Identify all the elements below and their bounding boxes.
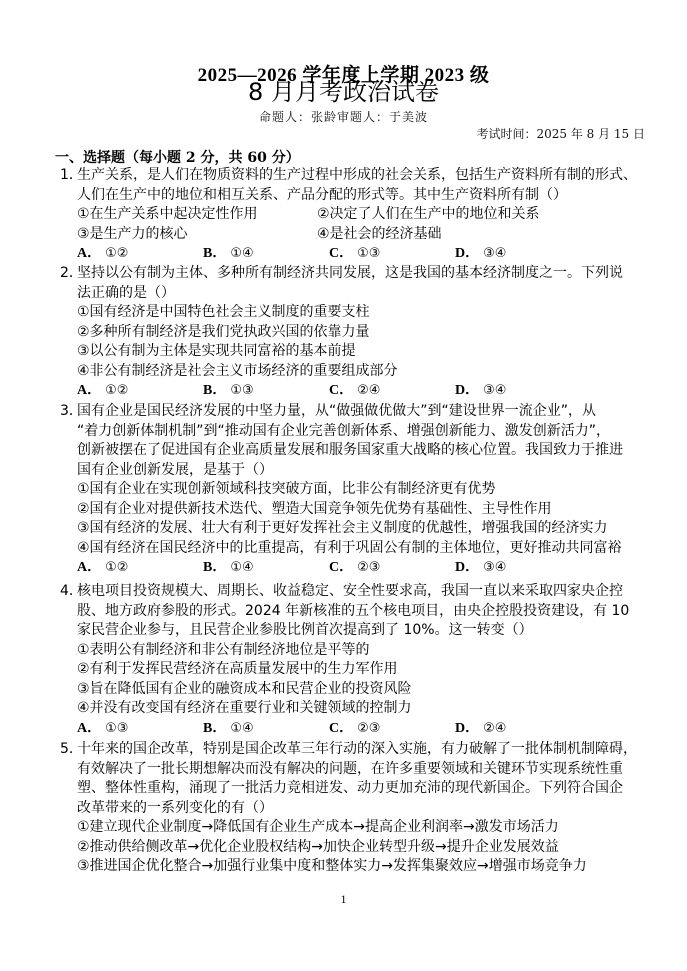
question-number: 3． bbox=[60, 402, 83, 422]
statement: ③旨在降低国有企业的融资成本和民营企业的投资风险 bbox=[60, 680, 660, 700]
stem-line: 塑、整体性重构，涌现了一批活力竞相迸发、动力更加充沛的现代新国企。下列符合国企 bbox=[77, 779, 660, 799]
choice-d[interactable]: D．③④ bbox=[455, 381, 581, 401]
statement: ③是生产力的核心 bbox=[77, 225, 317, 245]
page-number: 1 bbox=[0, 892, 687, 907]
statement: ②国有企业对提供新技术迭代、塑造大国竞争领先优势有基础性、主导性作用 bbox=[60, 500, 660, 520]
stem-line: 人们在生产中的地位和相互关系、产品分配的形式等。其中生产资料所有制（） bbox=[77, 186, 660, 206]
question-2: 2． 坚持以公有制为主体、多种所有制经济共同发展，这是我国的基本经济制度之一。下… bbox=[60, 264, 660, 401]
choice-b[interactable]: B．①④ bbox=[203, 719, 329, 739]
stem-line: 国有企业创新发展，是基于（） bbox=[77, 461, 660, 481]
choice-a[interactable]: A．①② bbox=[77, 558, 203, 578]
statement: ①建立现代企业制度→降低国有企业生产成本→提高企业利润率→激发市场活力 bbox=[60, 818, 660, 838]
stem-line: 法正确的是（） bbox=[77, 284, 660, 304]
statement: ④并没有改变国有经济在重要行业和关键领域的控制力 bbox=[60, 699, 660, 719]
statement-row: ①在生产关系中起决定性作用 ②决定了人们在生产中的地位和关系 bbox=[60, 205, 660, 225]
statement: ④非公有制经济是社会主义市场经济的重要组成部分 bbox=[60, 362, 660, 382]
section-title: 一、选择题（每小题 2 分，共 60 分） bbox=[55, 147, 300, 167]
choice-b[interactable]: B．①③ bbox=[203, 381, 329, 401]
answer-choices: A．①② B．①③ C．②④ D．③④ bbox=[60, 381, 660, 401]
statement: ②推动供给侧改革→优化企业股权结构→加快企业转型升级→提升企业发展效益 bbox=[60, 838, 660, 858]
question-stem: 3． 国有企业是国民经济发展的中坚力量，从“做强做优做大”到“建设世界一流企业”… bbox=[60, 402, 660, 480]
statement: ②多种所有制经济是我们党执政兴国的依靠力量 bbox=[60, 323, 660, 343]
statement: ④是社会的经济基础 bbox=[317, 225, 442, 245]
choice-a[interactable]: A．①③ bbox=[77, 719, 203, 739]
choice-c[interactable]: C．②④ bbox=[329, 381, 455, 401]
stem-line: 家民营企业参与，且民营企业参股比例首次提高到了 10%。这一转变（） bbox=[77, 621, 660, 641]
answer-choices: A．①③ B．①④ C．②③ D．②④ bbox=[60, 719, 660, 739]
statement: ④国有经济在国民经济中的比重提高，有利于巩固公有制的主体地位，更好推动共同富裕 bbox=[60, 539, 660, 559]
answer-choices: A．①② B．①④ C．②③ D．③④ bbox=[60, 558, 660, 578]
statement: ③国有经济的发展、壮大有利于更好发挥社会主义制度的优越性，增强我国的经济实力 bbox=[60, 519, 660, 539]
statement: ①国有企业在实现创新领域科技突破方面，比非公有制经济更有优势 bbox=[60, 480, 660, 500]
stem-line: 核电项目投资规模大、周期长、收益稳定、安全性要求高，我国一直以来采取四家央企控 bbox=[77, 582, 660, 602]
choice-a[interactable]: A．①② bbox=[77, 244, 203, 264]
stem-line: 改革带来的一系列变化的有（） bbox=[77, 799, 660, 819]
question-3: 3． 国有企业是国民经济发展的中坚力量，从“做强做优做大”到“建设世界一流企业”… bbox=[60, 402, 660, 578]
statement: ①表明公有制经济和非公有制经济地位是平等的 bbox=[60, 641, 660, 661]
exam-title-line2: 8 月月考政治试卷 bbox=[0, 78, 687, 106]
choice-a[interactable]: A．①② bbox=[77, 381, 203, 401]
statement: ②决定了人们在生产中的地位和关系 bbox=[317, 205, 540, 225]
question-1: 1． 生产关系，是人们在物质资料的生产过程中形成的社会关系，包括生产资料所有制的… bbox=[60, 166, 660, 264]
choice-d[interactable]: D．②④ bbox=[455, 719, 581, 739]
statement: ②有利于发挥民营经济在高质量发展中的生力军作用 bbox=[60, 660, 660, 680]
stem-line: 有效解决了一批长期想解决而没有解决的问题，在许多重要领域和关键环节实现系统性重 bbox=[77, 760, 660, 780]
stem-line: 坚持以公有制为主体、多种所有制经济共同发展，这是我国的基本经济制度之一。下列说 bbox=[77, 264, 660, 284]
question-number: 5． bbox=[60, 740, 83, 760]
choice-b[interactable]: B．①④ bbox=[203, 558, 329, 578]
question-stem: 2． 坚持以公有制为主体、多种所有制经济共同发展，这是我国的基本经济制度之一。下… bbox=[60, 264, 660, 303]
statement: ③以公有制为主体是实现共同富裕的基本前提 bbox=[60, 342, 660, 362]
stem-line: 股、地方政府参股的形式。2024 年新核准的五个核电项目，由央企控股投资建设，有… bbox=[77, 602, 660, 622]
answer-choices: A．①② B．①④ C．①③ D．③④ bbox=[60, 244, 660, 264]
choice-b[interactable]: B．①④ bbox=[203, 244, 329, 264]
question-stem: 1． 生产关系，是人们在物质资料的生产过程中形成的社会关系，包括生产资料所有制的… bbox=[60, 166, 660, 205]
choice-c[interactable]: C．①③ bbox=[329, 244, 455, 264]
choice-d[interactable]: D．③④ bbox=[455, 558, 581, 578]
choice-d[interactable]: D．③④ bbox=[455, 244, 581, 264]
stem-line: 国有企业是国民经济发展的中坚力量，从“做强做优做大”到“建设世界一流企业”，从 bbox=[77, 402, 660, 422]
question-4: 4． 核电项目投资规模大、周期长、收益稳定、安全性要求高，我国一直以来采取四家央… bbox=[60, 582, 660, 738]
statement: ③推进国企优化整合→加强行业集中度和整体实力→发挥集聚效应→增强市场竞争力 bbox=[60, 857, 660, 877]
choice-c[interactable]: C．②③ bbox=[329, 558, 455, 578]
question-number: 4． bbox=[60, 582, 83, 602]
choice-c[interactable]: C．②③ bbox=[329, 719, 455, 739]
question-stem: 5． 十年来的国企改革，特别是国企改革三年行动的深入实施，有力破解了一批体制机制… bbox=[60, 740, 660, 818]
stem-line: 十年来的国企改革，特别是国企改革三年行动的深入实施，有力破解了一批体制机制障碍， bbox=[77, 740, 660, 760]
stem-line: 生产关系，是人们在物质资料的生产过程中形成的社会关系，包括生产资料所有制的形式、 bbox=[77, 166, 660, 186]
question-5: 5． 十年来的国企改革，特别是国企改革三年行动的深入实施，有力破解了一批体制机制… bbox=[60, 740, 660, 877]
statement: ①国有经济是中国特色社会主义制度的重要支柱 bbox=[60, 303, 660, 323]
exam-authors: 命题人：张龄审题人：于美波 bbox=[0, 108, 687, 125]
stem-line: “着力创新体制机制”到“推动国有企业完善创新体系、增强创新能力、激发创新活力”， bbox=[77, 422, 660, 442]
question-stem: 4． 核电项目投资规模大、周期长、收益稳定、安全性要求高，我国一直以来采取四家央… bbox=[60, 582, 660, 641]
stem-line: 创新被摆在了促进国有企业高质量发展和服务国家重大战略的核心位置。我国致力于推进 bbox=[77, 441, 660, 461]
exam-time: 考试时间：2025 年 8 月 15 日 bbox=[476, 125, 645, 142]
question-number: 1． bbox=[60, 166, 83, 186]
statement-row: ③是生产力的核心 ④是社会的经济基础 bbox=[60, 225, 660, 245]
question-number: 2． bbox=[60, 264, 83, 284]
exam-page: 2025—2026 学年度上学期 2023 级 8 月月考政治试卷 命题人：张龄… bbox=[0, 0, 687, 971]
statement: ①在生产关系中起决定性作用 bbox=[77, 205, 317, 225]
